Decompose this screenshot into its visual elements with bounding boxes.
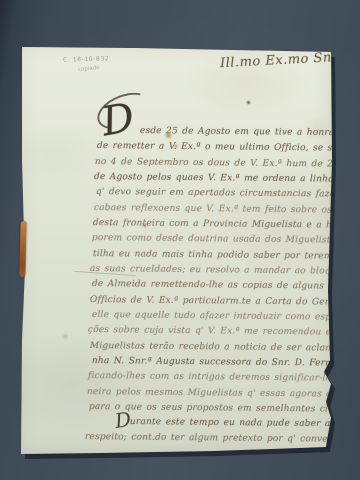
- manuscript-paper: C. 18-10-832 copiado Ill.mo Ex.mo Snr. D…: [14, 40, 336, 458]
- letter-line: tilha eu nada mais tinha podido saber po…: [93, 249, 360, 263]
- initial-letter-d: D: [99, 98, 138, 143]
- letter-line: porem como desde doutrina usada dos Migu…: [92, 233, 360, 247]
- letter-line: as suas crueldades; eu resolvo a mandar …: [90, 264, 360, 278]
- letter-line: respeito; cont.do ter algum pretexto por…: [85, 432, 360, 446]
- letter-line: neira pelos mesmos Miguelistas q' essas …: [87, 387, 360, 401]
- letter-line: de Agosto pelos quaes V. Ex.ª me ordena …: [94, 172, 360, 186]
- letter-line: de Almeida remettendo-lhe as copias de a…: [92, 279, 360, 293]
- letter-line: urante este tempo eu nada pude saber a: [130, 417, 331, 430]
- foxing-spot: [62, 334, 69, 339]
- letter-line: q' devo seguir em apertadas circumstanci…: [96, 187, 360, 201]
- archival-code: C. 18-10-832: [63, 55, 109, 64]
- letter-line: de remetter a V. Ex.ª o meu ultimo Offic…: [97, 141, 360, 155]
- photo-background: C. 18-10-832 copiado Ill.mo Ex.mo Snr. D…: [0, 0, 360, 480]
- letter-line: no 4 de Septembro os dous de V. Ex.ª hum…: [95, 157, 360, 171]
- salutation: Ill.mo Ex.mo Snr.: [220, 50, 342, 71]
- letter-line: ficando-lhes com as intrigas deremos sig…: [88, 371, 360, 385]
- foxing-spot: [247, 101, 250, 104]
- letter-line: nha N. Snr.ª Augusta successora do Snr. …: [92, 356, 360, 370]
- letter-line: Miguelistas terão recebido a noticia de …: [90, 341, 360, 355]
- letter-line: desta fronteira com a Provincia Miguelis…: [93, 218, 360, 232]
- letter-line: elle que aquelle tudo afazer introduzir …: [92, 310, 360, 324]
- letter-line: Officios de V. Ex.ª particularm.te a Car…: [90, 295, 360, 309]
- archival-note: copiado: [78, 65, 100, 73]
- letter-line: ções sobre cuja vista q' V. Ex.ª me reco…: [88, 325, 360, 339]
- letter-line: cabaes reflexoens que V. Ex.ª tem feito …: [94, 203, 360, 218]
- letter-line: esde 25 de Agosto em que tive a honra: [140, 126, 335, 139]
